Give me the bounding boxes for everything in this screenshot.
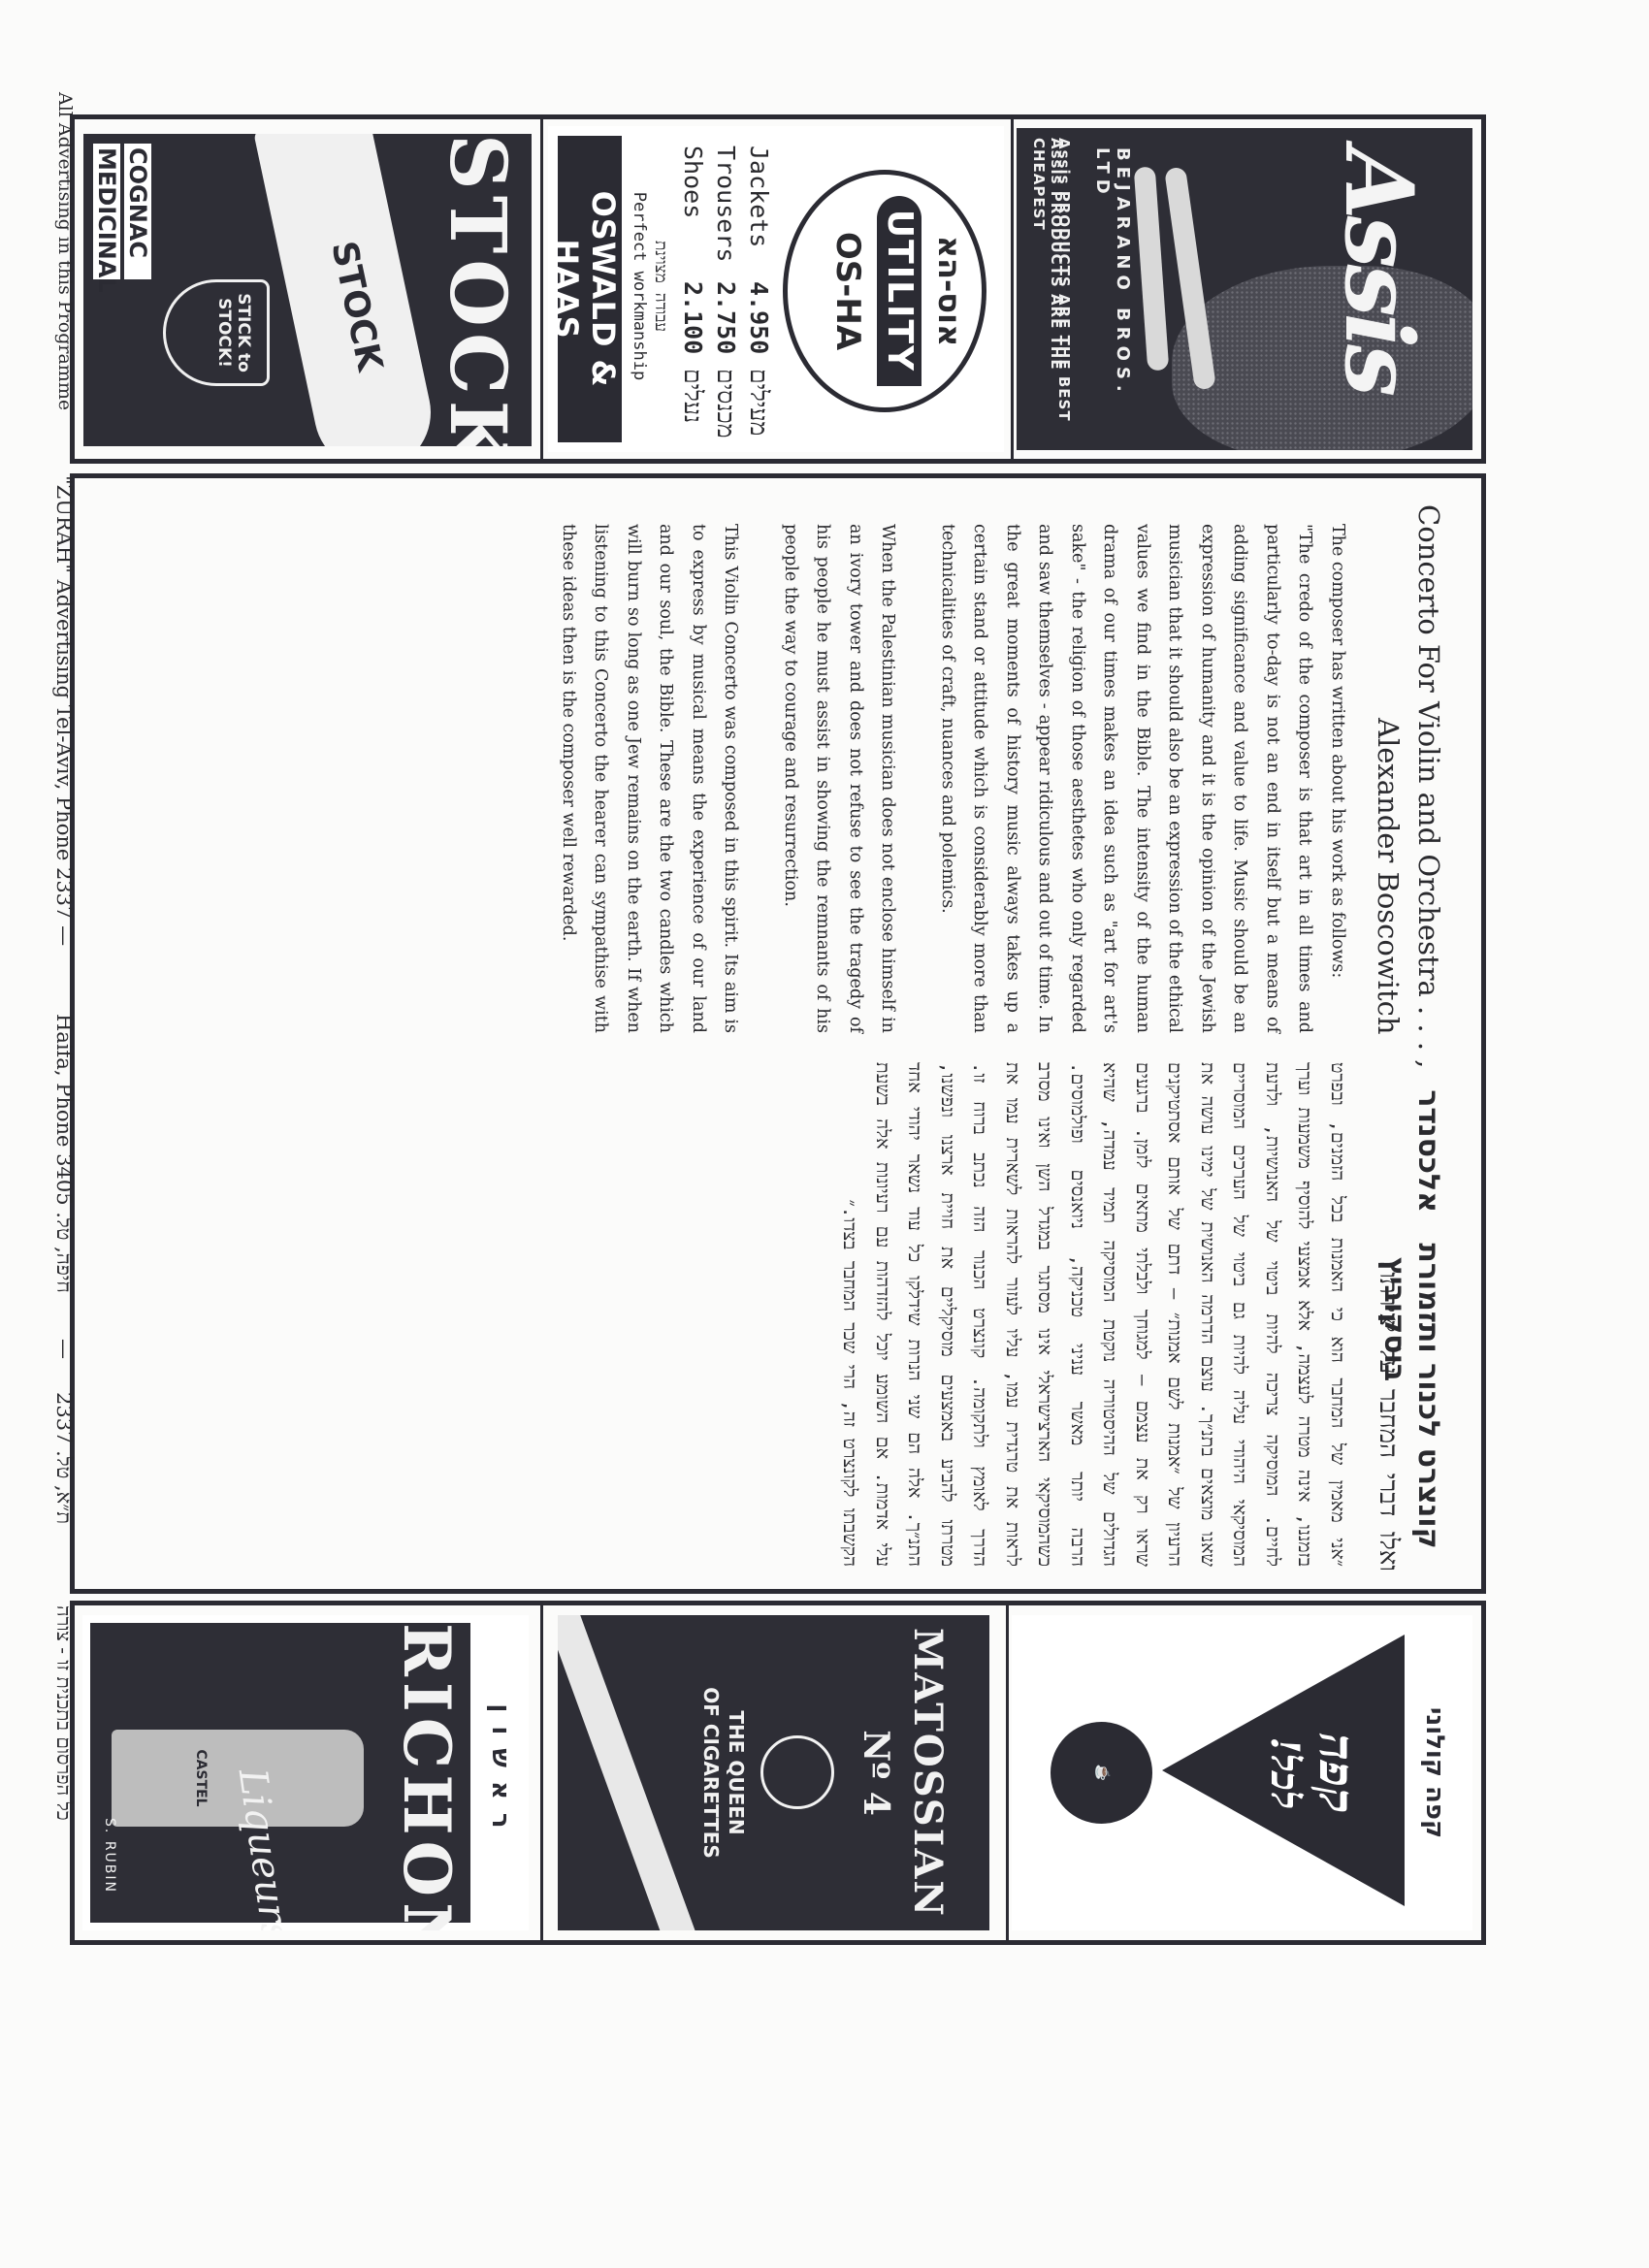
matossian-emblem-icon <box>760 1735 834 1809</box>
scanned-page: Assis BEJARANO BROS. LTD Assis PRODUCTS … <box>0 0 1649 2268</box>
utility-hebrew-brand: אוס-הא <box>931 175 968 407</box>
matossian-brand: MATOSSIAN <box>905 1615 951 1930</box>
workmanship-english: Perfect workmanship <box>630 126 649 446</box>
divider <box>540 1601 543 1945</box>
cigarette-illustration <box>558 1615 708 1930</box>
coffee-hebrew-brand: קפה קולוני <box>1420 1615 1449 1930</box>
coffee-cup-crown-icon: ☕ <box>1051 1722 1152 1824</box>
artist-signature: S. RUBIN <box>102 1818 117 1894</box>
ribbon-2 <box>1134 166 1170 371</box>
item-hebrew: מכנסים <box>711 369 740 438</box>
stick-to-stock-shield: STICK to STOCK! <box>163 279 270 386</box>
item-price: 2.100 <box>679 281 707 354</box>
utility-sub-brand: OS-HA <box>828 175 867 407</box>
matossian-ad: MATOSSIAN Nº 4 THE QUEEN OF CIGARETTES <box>558 1615 989 1930</box>
item-hebrew: נעלים <box>678 369 707 423</box>
utility-logo-circle: אוס-הא UTILITY OS-HA <box>783 170 986 412</box>
richon-brand: RICHON <box>389 1623 465 1923</box>
footer-all-advertising: All Advertising in this Programme <box>54 92 76 410</box>
footer-hebrew: כל הפרסום בתכנית זו - צורה <box>51 1605 76 1821</box>
tag-cognac: COGNAC <box>124 144 151 279</box>
coffee-slogan-2: לכל! <box>1262 1615 1308 1930</box>
paragraph: The composer has written about his work … <box>1321 524 1354 1033</box>
item-price: 2.750 <box>712 281 740 354</box>
divider <box>1011 114 1014 464</box>
english-title: Concerto For Violin and Orchestra . . . … <box>1412 504 1445 1069</box>
footer-tel-aviv-hebrew: 2337 .ת״א, טל <box>51 1392 76 1524</box>
hebrew-title-text: קונצרט לכנור ותזמורת <box>1411 1243 1445 1548</box>
programme-page-upright: Assis BEJARANO BROS. LTD Assis PRODUCTS … <box>0 0 1649 2268</box>
item-label: Trousers <box>712 146 740 262</box>
richon-panel: RICHON CASTEL Liqueurs S. RUBIN <box>90 1623 470 1923</box>
paragraph: This Violin Concerto was composed in thi… <box>552 524 747 1033</box>
assis-logo: Assis <box>1324 147 1434 393</box>
english-author: Alexander Boscowitch <box>1372 718 1405 1035</box>
hebrew-body: ״אני מאמין של המחבר הוא כי האמנות בכל הז… <box>833 1062 1353 1567</box>
coffee-slogan-1: קפה <box>1309 1615 1366 1930</box>
utility-brand: UTILITY <box>877 196 921 386</box>
divider <box>1006 1601 1009 1945</box>
utility-ad: אוס-הא UTILITY OS-HA Jackets 4.950 מעילי… <box>548 126 1004 452</box>
footer-agency: "ZURAH" Advertising Tel-Aviv, Phone 2337… <box>52 475 76 946</box>
slogan-cheapest: Assis PRODUCTS ARE THE CHEAPEST <box>1030 138 1065 440</box>
paragraph: "The credo of the composer is that art i… <box>931 524 1321 1033</box>
company-name: BEJARANO BROS. LTD <box>1092 147 1133 431</box>
bottle-label: CASTEL <box>193 1739 209 1817</box>
stock-logo: STOCK <box>433 134 524 446</box>
matossian-tagline: THE QUEEN OF CIGARETTES <box>698 1615 749 1930</box>
item-hebrew: מעילים <box>744 369 773 436</box>
store-name: OSWALD & HAAS <box>548 136 622 442</box>
item-label: Jackets <box>745 146 773 247</box>
tagline-line-1: THE QUEEN <box>724 1615 749 1930</box>
tag-medicinal: MEDICINAL <box>93 144 120 279</box>
english-body: The composer has written about his work … <box>525 524 1354 1033</box>
stock-ad: STOCK STOCK STICK to STOCK! COGNAC MEDIC… <box>83 134 532 446</box>
richon-hebrew: ראשון <box>486 1615 515 1930</box>
item-label: Shoes <box>679 146 707 218</box>
footer-dash: — <box>52 1339 76 1359</box>
oswald-haas-banner: OSWALD & HAAS 15 ACHAD HAAM ST. TEL-AVIV <box>558 136 622 442</box>
workmanship-hebrew: עבודה מצוינת <box>651 126 670 446</box>
divider <box>540 114 543 464</box>
richon-ad: ראשון RICHON CASTEL Liqueurs S. RUBIN <box>82 1615 529 1930</box>
hebrew-intro: ואלו דברי המחבר על יצירתו: <box>1374 1067 1403 1571</box>
matossian-number: Nº 4 <box>856 1615 896 1930</box>
paragraph: When the Palestinian musician does not e… <box>774 524 904 1033</box>
assis-ad: Assis BEJARANO BROS. LTD Assis PRODUCTS … <box>1017 128 1472 450</box>
tagline-line-2: OF CIGARETTES <box>698 1615 724 1930</box>
cognac-medicinal-tags: COGNAC MEDICINAL <box>93 144 155 279</box>
coffee-ad: קפה קולוני קפה לכל! ☕ <box>1012 1615 1472 1930</box>
footer-haifa: Haifa, Phone 3405 .חיפה, טל <box>51 1014 76 1293</box>
item-price: 4.950 <box>745 281 773 354</box>
